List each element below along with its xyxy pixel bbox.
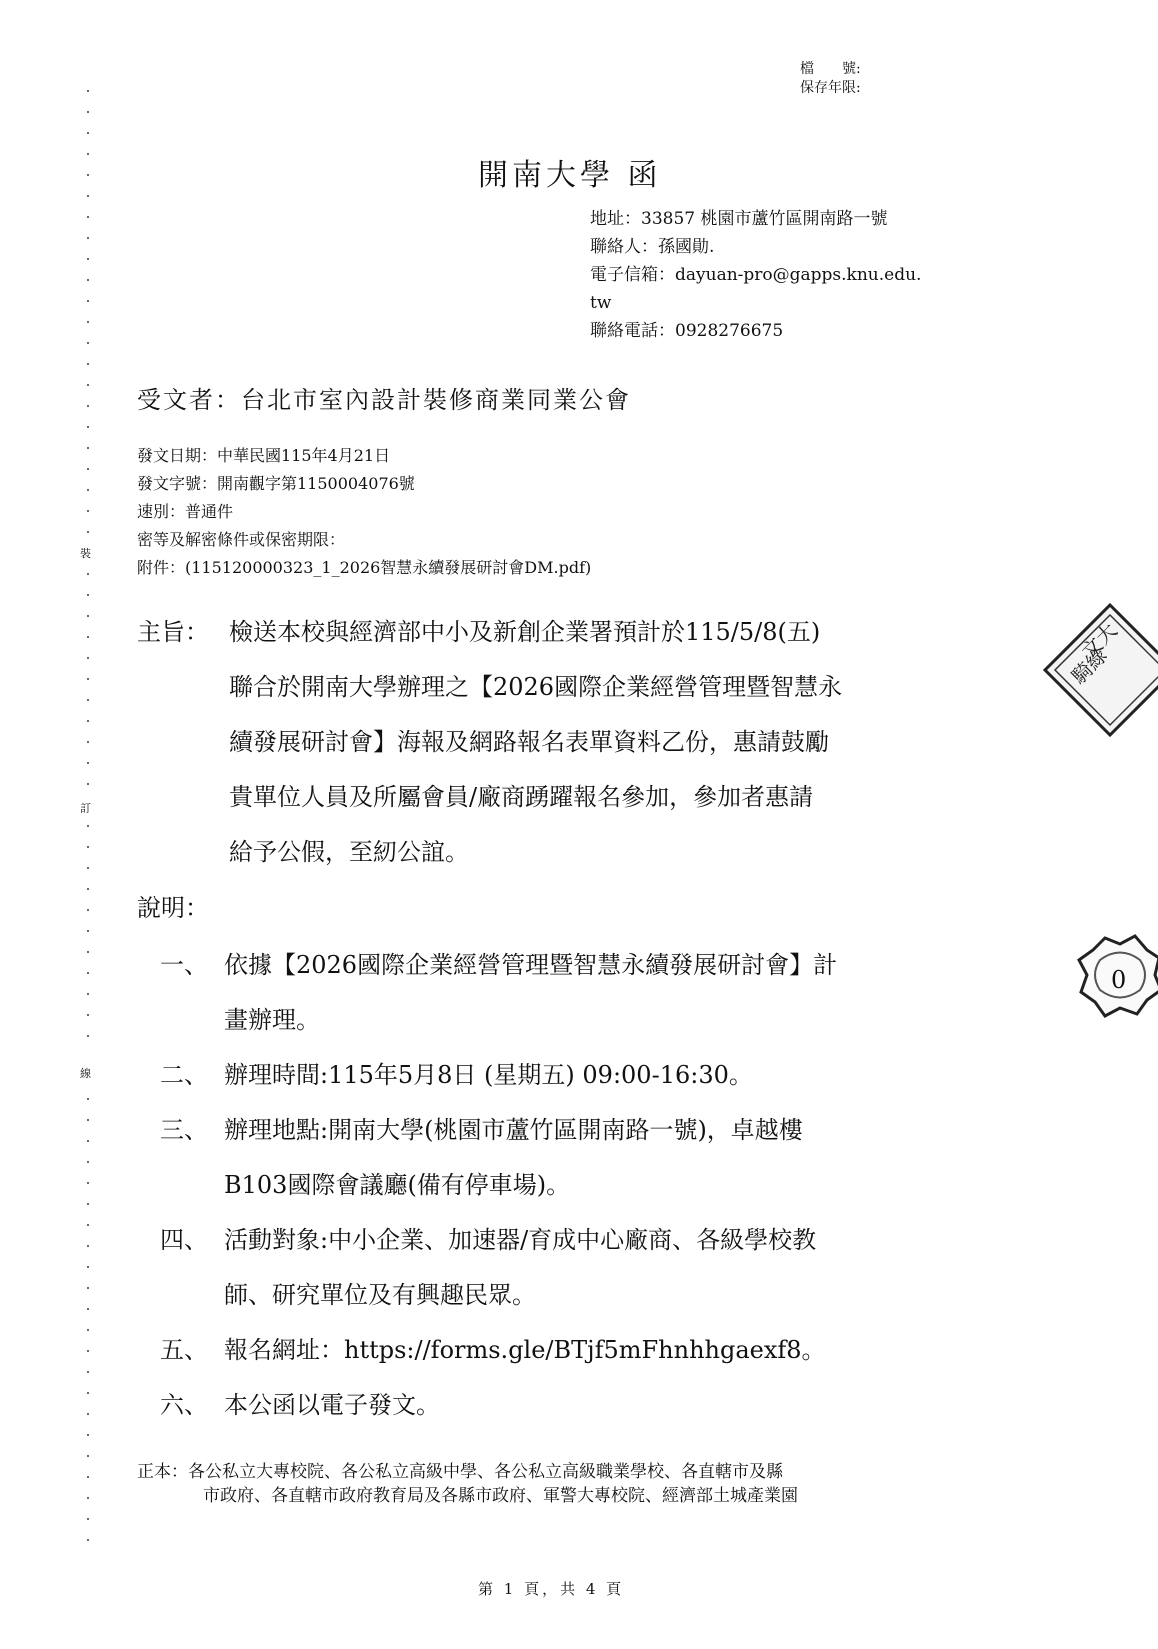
seal-digit: 0 (1111, 966, 1126, 994)
binding-dot (87, 1266, 89, 1268)
binding-dot (87, 888, 89, 890)
sender-email-cont: tw (590, 289, 921, 317)
document-meta: 發文日期：中華民國115年4月21日 發文字號：開南觀字第1150004076號… (137, 442, 591, 582)
binding-dot (87, 426, 89, 428)
registration-url[interactable]: 報名網址：https://forms.gle/BTjf5mFhnhhgaexf8… (224, 1336, 826, 1364)
binding-dot (87, 699, 89, 701)
binding-dot (87, 720, 89, 722)
recipient: 受文者：台北市室內設計裝修商業同業公會 (137, 380, 631, 415)
binding-mark-ding: 訂 (80, 800, 91, 816)
sender-phone: 聯絡電話：0928276675 (590, 317, 921, 345)
item-number: 五、 (160, 1323, 224, 1378)
issue-date: 發文日期：中華民國115年4月21日 (137, 442, 591, 470)
item-text-cont: 師、研究單位及有興趣民眾。 (160, 1268, 837, 1323)
binding-mark-xian: 線 (80, 1065, 91, 1081)
binding-dot (87, 321, 89, 323)
item-text: 依據【2026國際企業經營管理暨智慧永續發展研討會】計 (224, 951, 837, 979)
binding-dot (87, 258, 89, 260)
item-text-cont: 畫辦理。 (160, 993, 837, 1048)
binding-dot (87, 153, 89, 155)
description-item: 四、活動對象:中小企業、加速器/育成中心廠商、各級學校教 師、研究單位及有興趣民… (160, 1213, 837, 1323)
description-heading: 說明： (137, 888, 209, 923)
binding-dot (87, 174, 89, 176)
binding-mark-zhuang: 裝 (80, 545, 91, 561)
binding-dot (87, 300, 89, 302)
document-number: 發文字號：開南觀字第1150004076號 (137, 470, 591, 498)
binding-dot (87, 930, 89, 932)
description-item: 六、本公函以電子發文。 (160, 1378, 837, 1433)
official-seal-icon: 文大 騎綠 (1040, 600, 1158, 740)
binding-dot (87, 1434, 89, 1436)
description-item: 三、辦理地點:開南大學(桃園市蘆竹區開南路一號)，卓越樓 B103國際會議廳(備… (160, 1103, 837, 1213)
binding-dot (87, 1203, 89, 1205)
binding-dot (87, 111, 89, 113)
binding-dot (87, 1392, 89, 1394)
subject-line: 續發展研討會】海報及網路報名表單資料乙份，惠請鼓勵 (229, 715, 1017, 770)
subject-line: 聯合於開南大學辦理之【2026國際企業經營管理暨智慧永 (229, 660, 1017, 715)
subject-section: 主旨： 檢送本校與經濟部中小及新創企業署預計於115/5/8(五) 聯合於開南大… (137, 605, 1017, 880)
binding-dot (87, 783, 89, 785)
binding-dot (87, 1308, 89, 1310)
description-item: 五、報名網址：https://forms.gle/BTjf5mFhnhhgaex… (160, 1323, 837, 1378)
binding-dot (87, 951, 89, 953)
binding-dot (87, 1476, 89, 1478)
binding-dot (87, 531, 89, 533)
binding-dot (87, 1413, 89, 1415)
binding-dot (87, 1245, 89, 1247)
binding-dot (87, 132, 89, 134)
filing-info: 檔 號: 保存年限: (800, 60, 861, 98)
secrecy-level: 密等及解密條件或保密期限： (137, 526, 591, 554)
item-number: 二、 (160, 1048, 224, 1103)
binding-dot (87, 342, 89, 344)
item-number: 六、 (160, 1378, 224, 1433)
binding-dot (87, 573, 89, 575)
binding-dot (87, 195, 89, 197)
binding-dot (87, 468, 89, 470)
subject-line: 貴單位人員及所屬會員/廠商踴躍報名參加，參加者惠請 (229, 770, 1017, 825)
binding-dot (87, 678, 89, 680)
binding-dot (87, 762, 89, 764)
sender-info: 地址：33857 桃園市蘆竹區開南路一號 聯絡人：孫國勛. 電子信箱：dayua… (590, 205, 921, 345)
binding-dot (87, 1182, 89, 1184)
attachment: 附件：(115120000323_1_2026智慧永續發展研討會DM.pdf) (137, 554, 591, 582)
binding-dot (87, 1350, 89, 1352)
delivery-speed: 速別：普通件 (137, 498, 591, 526)
binding-dot (87, 1455, 89, 1457)
sender-email: 電子信箱：dayuan-pro@gapps.knu.edu. (590, 261, 921, 289)
binding-dot (87, 657, 89, 659)
binding-dot (87, 216, 89, 218)
item-number: 一、 (160, 938, 224, 993)
binding-dot (87, 1161, 89, 1163)
binding-dot (87, 1119, 89, 1121)
binding-dot (87, 489, 89, 491)
binding-dot (87, 1014, 89, 1016)
binding-dot (87, 636, 89, 638)
subject-line: 給予公假，至紉公誼。 (229, 825, 1017, 880)
item-text-cont: B103國際會議廳(備有停車場)。 (160, 1158, 837, 1213)
binding-dot (87, 741, 89, 743)
description-list: 一、依據【2026國際企業經營管理暨智慧永續發展研討會】計 畫辦理。 二、辦理時… (160, 938, 837, 1433)
sender-address: 地址：33857 桃園市蘆竹區開南路一號 (590, 205, 921, 233)
cc-recipients: 正本：各公私立大專校院、各公私立高級中學、各公私立高級職業學校、各直轄市及縣 市… (137, 1460, 798, 1508)
item-number: 四、 (160, 1213, 224, 1268)
binding-dot (87, 846, 89, 848)
binding-dot (87, 1539, 89, 1541)
document-title: 開南大學 函 (478, 150, 662, 194)
page-number: 第 1 頁，共 4 頁 (478, 1578, 624, 1599)
binding-dot (87, 1497, 89, 1499)
binding-line: 裝 訂 線 (82, 90, 96, 1550)
subject-label: 主旨： (137, 605, 209, 660)
file-number-label: 檔 號: (800, 60, 861, 79)
binding-dot (87, 90, 89, 92)
binding-dot (87, 279, 89, 281)
binding-dot (87, 825, 89, 827)
description-item: 一、依據【2026國際企業經營管理暨智慧永續發展研討會】計 畫辦理。 (160, 938, 837, 1048)
item-text: 本公函以電子發文。 (224, 1391, 440, 1419)
binding-dot (87, 867, 89, 869)
binding-dot (87, 1287, 89, 1289)
binding-dot (87, 1035, 89, 1037)
item-number: 三、 (160, 1103, 224, 1158)
binding-dot (87, 237, 89, 239)
binding-dot (87, 993, 89, 995)
binding-dot (87, 1371, 89, 1373)
binding-dot (87, 1098, 89, 1100)
binding-dot (87, 594, 89, 596)
binding-dot (87, 1224, 89, 1226)
binding-dot (87, 405, 89, 407)
binding-dot (87, 1518, 89, 1520)
item-text: 辦理地點:開南大學(桃園市蘆竹區開南路一號)，卓越樓 (224, 1116, 803, 1144)
retention-period-label: 保存年限: (800, 79, 861, 98)
cc-line: 市政府、各直轄市政府教育局及各縣市政府、軍警大專校院、經濟部土城產業園 (137, 1484, 798, 1508)
subject-line: 檢送本校與經濟部中小及新創企業署預計於115/5/8(五) (229, 605, 1017, 660)
binding-dot (87, 615, 89, 617)
binding-dot (87, 1329, 89, 1331)
binding-dot (87, 909, 89, 911)
item-text: 辦理時間:115年5月8日 (星期五) 09:00-16:30。 (224, 1061, 753, 1089)
binding-dot (87, 1140, 89, 1142)
description-item: 二、辦理時間:115年5月8日 (星期五) 09:00-16:30。 (160, 1048, 837, 1103)
binding-dot (87, 510, 89, 512)
stamp-seal-icon: 0 (1075, 930, 1158, 1020)
item-text: 活動對象:中小企業、加速器/育成中心廠商、各級學校教 (224, 1226, 816, 1254)
sender-contact: 聯絡人：孫國勛. (590, 233, 921, 261)
binding-dot (87, 447, 89, 449)
binding-dot (87, 363, 89, 365)
binding-dot (87, 972, 89, 974)
cc-line: 正本：各公私立大專校院、各公私立高級中學、各公私立高級職業學校、各直轄市及縣 (137, 1460, 798, 1484)
binding-dot (87, 384, 89, 386)
